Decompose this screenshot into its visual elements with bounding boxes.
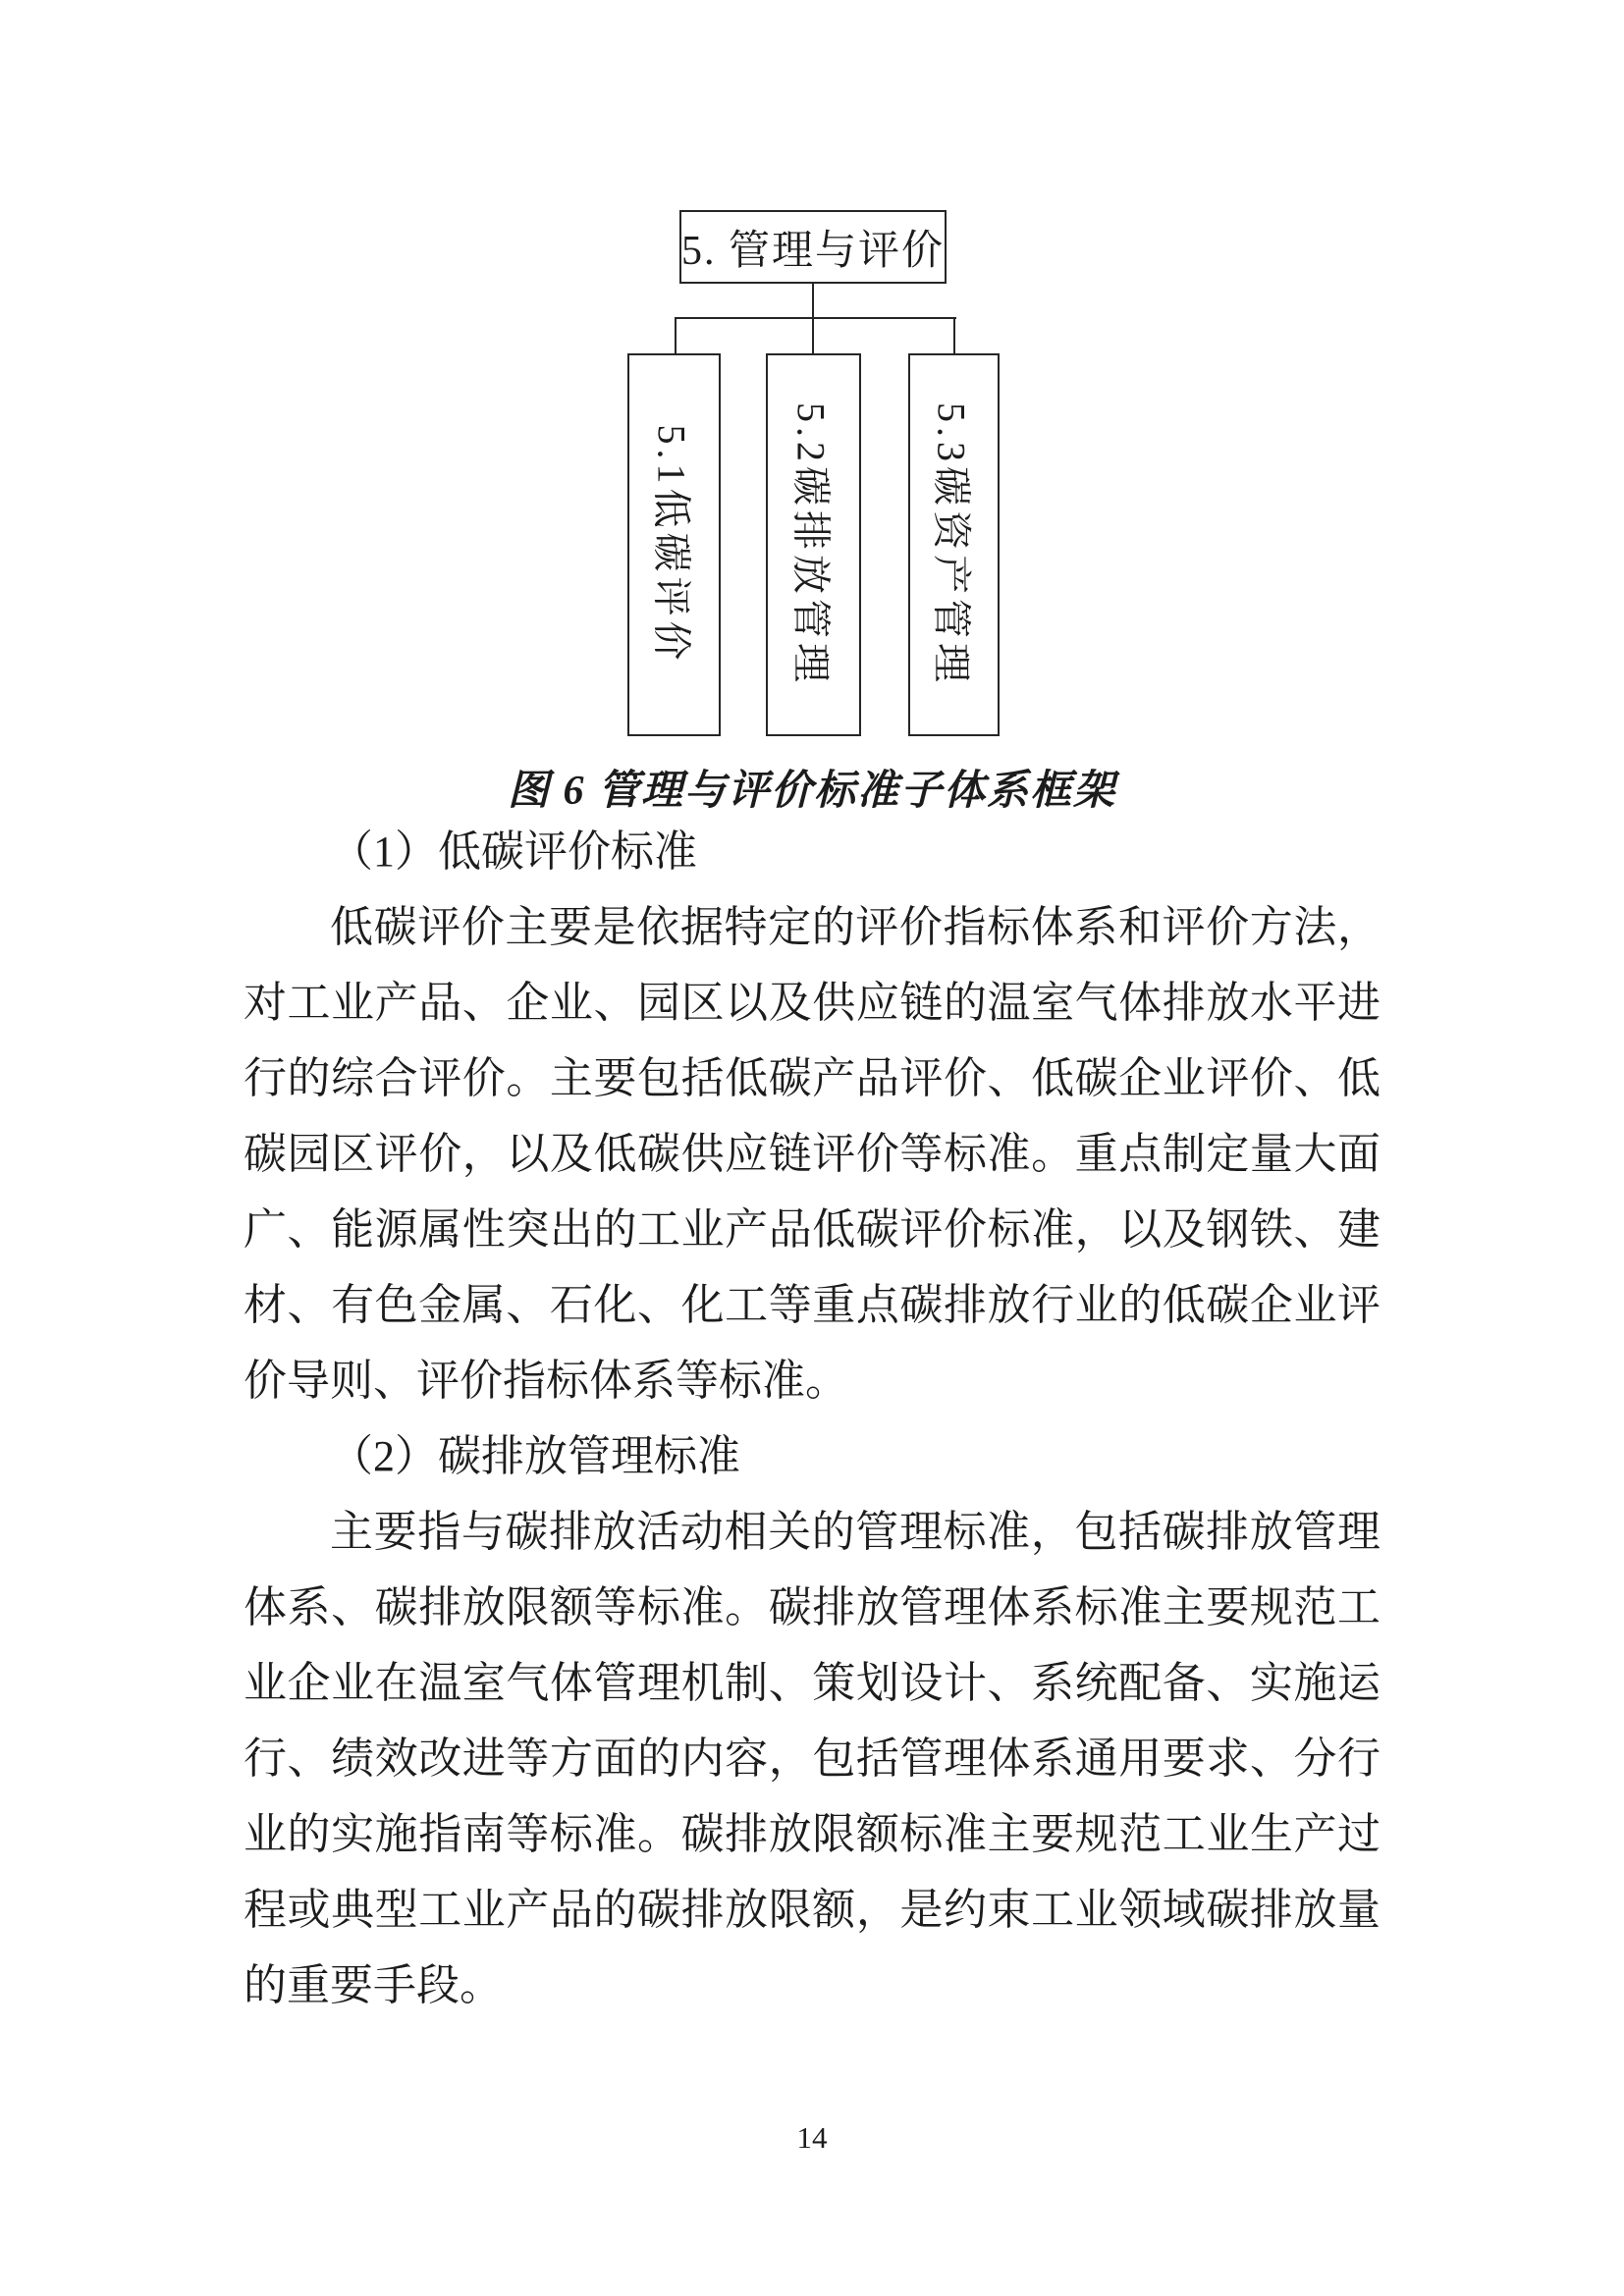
connector-drop-middle [812, 317, 814, 355]
diagram-child-box-2: 5.2碳排放管理 [766, 353, 861, 736]
connector-stem [812, 284, 814, 319]
diagram-child-label-3: 5.3碳资产管理 [926, 402, 982, 687]
diagram-root-box: 5. 管理与评价 [679, 210, 947, 284]
section-heading-2: （2）碳排放管理标准 [244, 1418, 1380, 1494]
body-text: （1）低碳评价标准 低碳评价主要是依据特定的评价指标体系和评价方法，对工业产品、… [244, 814, 1380, 2023]
diagram-child-box-3: 5.3碳资产管理 [908, 353, 1000, 736]
hierarchy-diagram: 5. 管理与评价 5.1低碳评价 5.2碳排放管理 5.3碳资产管理 [0, 0, 1624, 844]
figure-caption: 图 6 管理与评价标准子体系框架 [0, 758, 1624, 817]
section-heading-1: （1）低碳评价标准 [244, 814, 1380, 889]
diagram-child-label-2: 5.2碳排放管理 [785, 402, 841, 687]
document-page: 5. 管理与评价 5.1低碳评价 5.2碳排放管理 5.3碳资产管理 图 6 管… [0, 0, 1624, 2296]
section-paragraph-1: 低碳评价主要是依据特定的评价指标体系和评价方法，对工业产品、企业、园区以及供应链… [244, 889, 1380, 1418]
diagram-child-box-1: 5.1低碳评价 [627, 353, 721, 736]
page-number: 14 [0, 2120, 1624, 2156]
connector-horizontal [675, 317, 956, 319]
diagram-root-label: 5. 管理与评价 [681, 218, 945, 277]
connector-drop-right [953, 317, 955, 355]
diagram-child-label-1: 5.1低碳评价 [646, 425, 702, 666]
section-paragraph-2: 主要指与碳排放活动相关的管理标准，包括碳排放管理体系、碳排放限额等标准。碳排放管… [244, 1494, 1380, 2023]
connector-drop-left [675, 317, 677, 355]
